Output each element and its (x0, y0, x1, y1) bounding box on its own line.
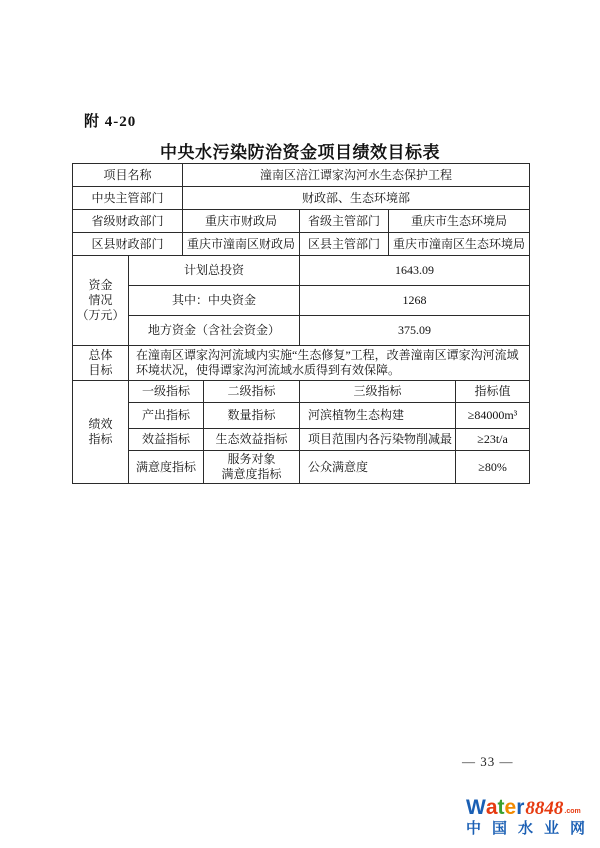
county-dept-value: 重庆市潼南区生态环境局 (389, 233, 530, 256)
satisfaction-indicator-level2: 服务对象 满意度指标 (204, 451, 300, 484)
funding-local-label: 地方资金（含社会资金） (129, 316, 300, 346)
benefit-indicator-level2: 生态效益指标 (204, 429, 300, 451)
table-row: 总体 目标 在潼南区谭家沟河流域内实施“生态修复”工程，改善潼南区谭家沟河流域环… (73, 346, 530, 381)
logo-number-8848: 8848 (525, 799, 563, 818)
table-row: 绩效 指标 一级指标 二级指标 三级指标 指标值 (73, 381, 530, 403)
table-row: 资金 情况 （万元） 计划总投资 1643.09 (73, 256, 530, 286)
table-row: 项目名称 潼南区涪江谭家沟河水生态保护工程 (73, 164, 530, 187)
county-finance-value: 重庆市潼南区财政局 (183, 233, 300, 256)
provincial-dept-label: 省级主管部门 (300, 210, 389, 233)
table-row: 中央主管部门 财政部、生态环境部 (73, 187, 530, 210)
provincial-finance-value: 重庆市财政局 (183, 210, 300, 233)
logo-letter-r: r (516, 797, 524, 818)
overall-goal-label: 总体 目标 (73, 346, 129, 381)
funding-central-value: 1268 (300, 286, 530, 316)
table-row: 地方资金（含社会资金） 375.09 (73, 316, 530, 346)
indicator-header-level2: 二级指标 (204, 381, 300, 403)
satisfaction-indicator-level3: 公众满意度 (300, 451, 456, 484)
funding-total-value: 1643.09 (300, 256, 530, 286)
table-row: 区县财政部门 重庆市潼南区财政局 区县主管部门 重庆市潼南区生态环境局 (73, 233, 530, 256)
logo-letter-a: a (486, 797, 498, 818)
logo-tld-com: .com (564, 808, 580, 815)
project-name-value: 潼南区涪江谭家沟河水生态保护工程 (183, 164, 530, 187)
funding-section-label: 资金 情况 （万元） (73, 256, 129, 346)
logo-letter-e: e (505, 797, 517, 818)
county-dept-label: 区县主管部门 (300, 233, 389, 256)
table-row: 满意度指标 服务对象 满意度指标 公众满意度 ≥80% (73, 451, 530, 484)
indicator-header-level3: 三级指标 (300, 381, 456, 403)
water8848-logo: W a t e r 8848 .com 中国水业网 (466, 797, 596, 836)
indicator-header-level1: 一级指标 (129, 381, 204, 403)
table-row: 产出指标 数量指标 河滨植物生态构建 ≥84000m³ (73, 403, 530, 429)
county-finance-label: 区县财政部门 (73, 233, 183, 256)
provincial-finance-label: 省级财政部门 (73, 210, 183, 233)
table-row: 效益指标 生态效益指标 项目范围内各污染物削减最 ≥23t/a (73, 429, 530, 451)
logo-letter-w: W (466, 797, 486, 818)
output-indicator-level3: 河滨植物生态构建 (300, 403, 456, 429)
output-indicator-value: ≥84000m³ (456, 403, 530, 429)
satisfaction-indicator-value: ≥80% (456, 451, 530, 484)
funding-total-label: 计划总投资 (129, 256, 300, 286)
table-row: 其中：中央资金 1268 (73, 286, 530, 316)
output-indicator-level2: 数量指标 (204, 403, 300, 429)
benefit-indicator-level1: 效益指标 (129, 429, 204, 451)
page-number: — 33 — (462, 754, 514, 770)
attachment-label: 附 4-20 (84, 110, 136, 131)
benefit-indicator-value: ≥23t/a (456, 429, 530, 451)
central-dept-label: 中央主管部门 (73, 187, 183, 210)
logo-brand-line: W a t e r 8848 .com (466, 797, 596, 818)
output-indicator-level1: 产出指标 (129, 403, 204, 429)
central-dept-value: 财政部、生态环境部 (183, 187, 530, 210)
performance-target-table: 项目名称 潼南区涪江谭家沟河水生态保护工程 中央主管部门 财政部、生态环境部 省… (72, 163, 530, 484)
provincial-dept-value: 重庆市生态环境局 (389, 210, 530, 233)
satisfaction-indicator-level1: 满意度指标 (129, 451, 204, 484)
indicator-header-value: 指标值 (456, 381, 530, 403)
funding-central-label: 其中：中央资金 (129, 286, 300, 316)
benefit-indicator-level3: 项目范围内各污染物削减最 (300, 429, 456, 451)
page-title: 中央水污染防治资金项目绩效目标表 (0, 138, 600, 163)
funding-local-value: 375.09 (300, 316, 530, 346)
logo-letter-t: t (498, 797, 505, 818)
logo-chinese-name: 中国水业网 (466, 821, 600, 836)
table-row: 省级财政部门 重庆市财政局 省级主管部门 重庆市生态环境局 (73, 210, 530, 233)
performance-section-label: 绩效 指标 (73, 381, 129, 484)
overall-goal-value: 在潼南区谭家沟河流域内实施“生态修复”工程，改善潼南区谭家沟河流域环境状况，使得… (129, 346, 530, 381)
project-name-label: 项目名称 (73, 164, 183, 187)
